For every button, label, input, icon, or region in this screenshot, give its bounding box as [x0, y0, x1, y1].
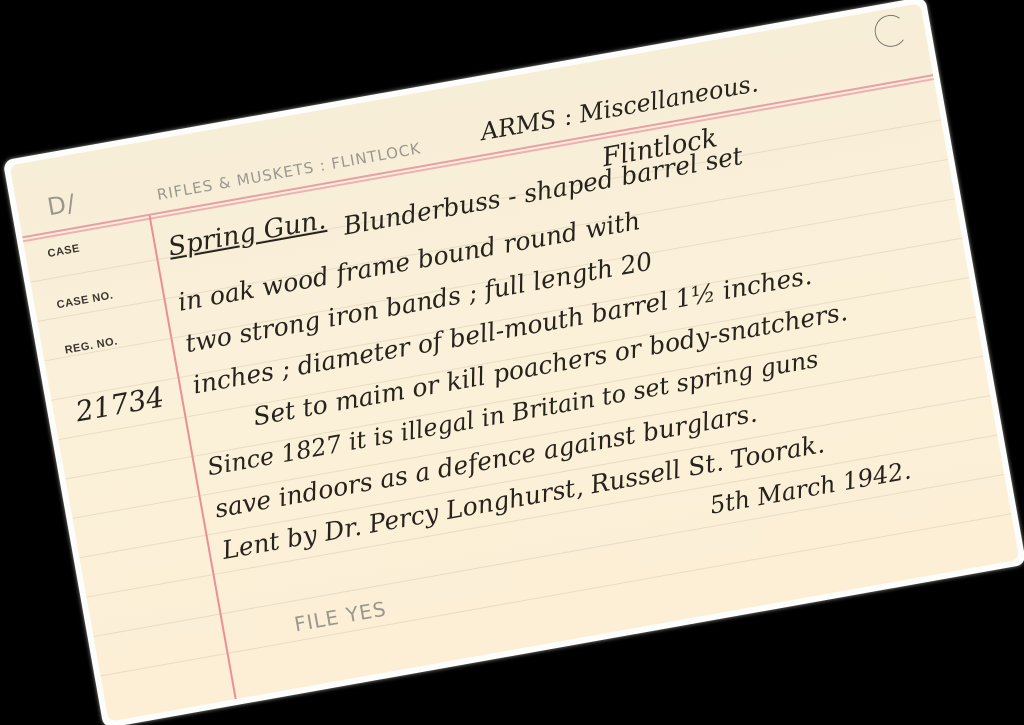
header-red-rule-2	[23, 78, 934, 242]
pencil-prefix: D/	[45, 189, 78, 222]
reg-number: 21734	[73, 380, 166, 428]
label-case: CASE	[47, 243, 81, 261]
corner-c-mark	[872, 12, 909, 49]
catalogue-card: D/ RIFLES & MUSKETS : FLINTLOCK ARMS : M…	[10, 3, 1020, 721]
label-reg-no: REG. NO.	[64, 335, 119, 356]
item-title: Spring Gun.	[166, 205, 328, 262]
pencil-file-note: FILE YES	[292, 596, 388, 636]
card-surface: D/ RIFLES & MUSKETS : FLINTLOCK ARMS : M…	[10, 3, 1020, 721]
